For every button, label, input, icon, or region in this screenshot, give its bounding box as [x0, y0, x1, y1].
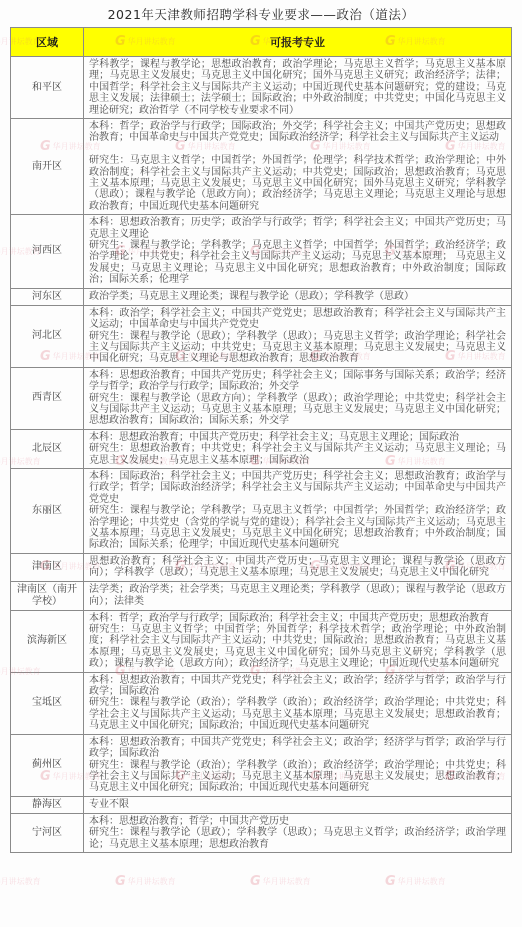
column-header-region: 区域 — [11, 28, 84, 57]
requirements-table: 区域 可报考专业 和平区学科教学；课程与教学论；思想政治教育；政治学理论；马克思… — [10, 27, 512, 853]
majors-paragraph: 研究生：思想政治教育；中共党史；科学社会主义与国际共产主义运动；马克思主义理论；… — [89, 443, 506, 466]
majors-cell: 本科：国际政治；科学社会主义；中国共产党历史；科学社会主义；思想政治教育；政治学… — [84, 468, 512, 553]
table-row: 河北区本科：政治学；科学社会主义；中国共产党党史；思想政治教育；科学社会主义与国… — [11, 305, 512, 367]
majors-paragraph: 研究生：马克思主义哲学；中国哲学；外国哲学；科学技术哲学；政治学理论；中外政治制… — [89, 624, 506, 670]
majors-paragraph: 法学类；政治学类；社会学类；马克思主义理论类；学科教学（思政）；课程与教学论（思… — [89, 584, 506, 607]
table-row: 滨海新区本科：哲学；政治学与行政学；国际政治；科学社会主义；中国共产党历史；思想… — [11, 610, 512, 672]
majors-paragraph: 本科：哲学；政治学与行政学；国际政治；外交学；科学社会主义；中国共产党历史；思想… — [89, 121, 506, 144]
watermark-text: 华月讲坛教育 — [398, 876, 446, 887]
majors-paragraph: 本科：思想政治教育；历史学；政治学与行政学；哲学；科学社会主义；中国共产党历史；… — [89, 217, 506, 240]
table-row: 河东区政治学类；马克思主义理论类；课程与教学论（思政）；学科教学（思政） — [11, 288, 512, 305]
region-cell: 津南区（南开学校） — [11, 581, 84, 610]
watermark: G华月讲坛教育 — [0, 875, 41, 888]
majors-cell: 本科：思想政治教育；哲学；中国共产党历史研究生：课程与教学论（思政）；学科教学（… — [84, 813, 512, 852]
majors-cell: 本科：哲学；政治学与行政学；国际政治；外交学；科学社会主义；中国共产党历史；思想… — [84, 119, 512, 215]
majors-cell: 思想政治教育；科学社会主义；中国共产党历史；马克思主义理论；课程与教学论（思政方… — [84, 553, 512, 581]
majors-cell: 本科：思想政治教育；中国共产党党史；科学社会主义；政治学；经济学与哲学；政治学与… — [84, 734, 512, 796]
region-cell: 津南区 — [11, 553, 84, 581]
majors-cell: 法学类；政治学类；社会学类；马克思主义理论类；学科教学（思政）；课程与教学论（思… — [84, 581, 512, 610]
majors-cell: 本科：思想政治教育；中国共产党历史；科学社会主义；国际事务与国际关系；政治学；经… — [84, 367, 512, 429]
majors-cell: 本科：哲学；政治学与行政学；国际政治；科学社会主义；中国共产党历史；思想政治教育… — [84, 610, 512, 672]
majors-paragraph: 研究生：课程与教学论；学科教学；马克思主义哲学；中国哲学；外国哲学；政治经济学；… — [89, 505, 506, 551]
watermark: G华月讲坛教育 — [385, 875, 446, 888]
table-header-row: 区域 可报考专业 — [11, 28, 512, 57]
majors-cell: 专业不限 — [84, 796, 512, 813]
table-row: 和平区学科教学；课程与教学论；思想政治教育；政治学理论；马克思主义哲学；马克思主… — [11, 57, 512, 119]
majors-paragraph: 政治学类；马克思主义理论类；课程与教学论（思政）；学科教学（思政） — [89, 291, 506, 302]
table-row: 河西区本科：思想政治教育；历史学；政治学与行政学；哲学；科学社会主义；中国共产党… — [11, 215, 512, 288]
column-header-majors: 可报考专业 — [84, 28, 512, 57]
region-cell: 河东区 — [11, 288, 84, 305]
table-row: 蓟州区本科：思想政治教育；中国共产党党史；科学社会主义；政治学；经济学与哲学；政… — [11, 734, 512, 796]
region-cell: 河西区 — [11, 215, 84, 288]
majors-paragraph: 研究生：课程与教学论（思政）；学科教学（思政）；马克思主义哲学；政治经济学；政治… — [89, 827, 506, 850]
table-row: 津南区思想政治教育；科学社会主义；中国共产党历史；马克思主义理论；课程与教学论（… — [11, 553, 512, 581]
majors-paragraph: 本科：思想政治教育；中国共产党党史；科学社会主义；政治学；经济学与哲学；政治学与… — [89, 737, 506, 760]
watermark: G华月讲坛教育 — [115, 875, 176, 888]
region-cell: 河北区 — [11, 305, 84, 367]
majors-paragraph: 本科：思想政治教育；中国共产党党史；科学社会主义；政治学；经济学与哲学；政治学与… — [89, 675, 506, 698]
majors-cell: 本科：思想政治教育；历史学；政治学与行政学；哲学；科学社会主义；中国共产党历史；… — [84, 215, 512, 288]
majors-paragraph: 本科：思想政治教育；中国共产党历史；科学社会主义；国际事务与国际关系；政治学；经… — [89, 370, 506, 393]
majors-paragraph: 研究生：课程与教学论（思政方向）；学科教学（思政）；政治学理论；中共党史；科学社… — [89, 393, 506, 427]
watermark-text: 华月讲坛教育 — [0, 876, 41, 887]
region-cell: 和平区 — [11, 57, 84, 119]
table-row: 南开区本科：哲学；政治学与行政学；国际政治；外交学；科学社会主义；中国共产党历史… — [11, 119, 512, 215]
majors-paragraph: 思想政治教育；科学社会主义；中国共产党历史；马克思主义理论；课程与教学论（思政方… — [89, 556, 506, 579]
region-cell: 宝坻区 — [11, 672, 84, 734]
majors-paragraph: 专业不限 — [89, 799, 506, 810]
table-row: 西青区本科：思想政治教育；中国共产党历史；科学社会主义；国际事务与国际关系；政治… — [11, 367, 512, 429]
table-row: 东丽区本科：国际政治；科学社会主义；中国共产党历史；科学社会主义；思想政治教育；… — [11, 468, 512, 553]
majors-cell: 政治学类；马克思主义理论类；课程与教学论（思政）；学科教学（思政） — [84, 288, 512, 305]
table-row: 宁河区本科：思想政治教育；哲学；中国共产党历史研究生：课程与教学论（思政）；学科… — [11, 813, 512, 852]
majors-paragraph: 本科：思想政治教育；中国共产党历史；科学社会主义；马克思主义理论；国际政治 — [89, 432, 506, 443]
majors-paragraph: 研究生：课程与教学论；学科教学；马克思主义哲学；中国哲学；外国哲学；政治经济学；… — [89, 240, 506, 286]
majors-paragraph: 研究生：课程与教学论（政治）；学科教学（政治）；政治经济学；政治学理论；中共党史… — [89, 760, 506, 794]
majors-paragraph: 学科教学；课程与教学论；思想政治教育；政治学理论；马克思主义哲学；马克思主义基本… — [89, 59, 506, 116]
watermark: G华月讲坛教育 — [250, 875, 311, 888]
majors-paragraph: 研究生：课程与教学论（思政）；学科教学（思政）；马克思主义哲学；政治学理论；科学… — [89, 331, 506, 365]
majors-paragraph: 研究生：课程与教学论（政治）；学科教学（政治）；政治经济学；政治学理论；中共党史… — [89, 697, 506, 731]
majors-paragraph: 本科：哲学；政治学与行政学；国际政治；科学社会主义；中国共产党历史；思想政治教育 — [89, 613, 506, 624]
region-cell: 蓟州区 — [11, 734, 84, 796]
majors-paragraph — [89, 144, 506, 155]
region-cell: 北辰区 — [11, 429, 84, 468]
majors-paragraph: 本科：政治学；科学社会主义；中国共产党党史；思想政治教育；科学社会主义与国际共产… — [89, 308, 506, 331]
watermark-text: 华月讲坛教育 — [263, 876, 311, 887]
region-cell: 宁河区 — [11, 813, 84, 852]
majors-paragraph: 本科：思想政治教育；哲学；中国共产党历史 — [89, 816, 506, 827]
majors-paragraph: 本科：国际政治；科学社会主义；中国共产党历史；科学社会主义；思想政治教育；政治学… — [89, 471, 506, 505]
table-row: 静海区专业不限 — [11, 796, 512, 813]
watermark-text: 华月讲坛教育 — [128, 876, 176, 887]
majors-cell: 学科教学；课程与教学论；思想政治教育；政治学理论；马克思主义哲学；马克思主义基本… — [84, 57, 512, 119]
majors-paragraph: 研究生：马克思主义哲学；中国哲学；外国哲学；伦理学；科学技术哲学；政治学理论；中… — [89, 155, 506, 212]
majors-cell: 本科：政治学；科学社会主义；中国共产党党史；思想政治教育；科学社会主义与国际共产… — [84, 305, 512, 367]
table-row: 宝坻区本科：思想政治教育；中国共产党党史；科学社会主义；政治学；经济学与哲学；政… — [11, 672, 512, 734]
watermark-logo-icon: G — [115, 875, 126, 888]
document-page: G华月讲坛教育G华月讲坛教育G华月讲坛教育G华月讲坛教育G华月讲坛教育G华月讲坛… — [0, 0, 522, 927]
region-cell: 滨海新区 — [11, 610, 84, 672]
region-cell: 西青区 — [11, 367, 84, 429]
table-row: 北辰区本科：思想政治教育；中国共产党历史；科学社会主义；马克思主义理论；国际政治… — [11, 429, 512, 468]
table-row: 津南区（南开学校）法学类；政治学类；社会学类；马克思主义理论类；学科教学（思政）… — [11, 581, 512, 610]
region-cell: 南开区 — [11, 119, 84, 215]
majors-cell: 本科：思想政治教育；中国共产党历史；科学社会主义；马克思主义理论；国际政治研究生… — [84, 429, 512, 468]
region-cell: 静海区 — [11, 796, 84, 813]
page-title: 2021年天津教师招聘学科专业要求——政治（道法） — [0, 0, 522, 27]
watermark-logo-icon: G — [385, 875, 396, 888]
watermark-logo-icon: G — [250, 875, 261, 888]
region-cell: 东丽区 — [11, 468, 84, 553]
majors-cell: 本科：思想政治教育；中国共产党党史；科学社会主义；政治学；经济学与哲学；政治学与… — [84, 672, 512, 734]
